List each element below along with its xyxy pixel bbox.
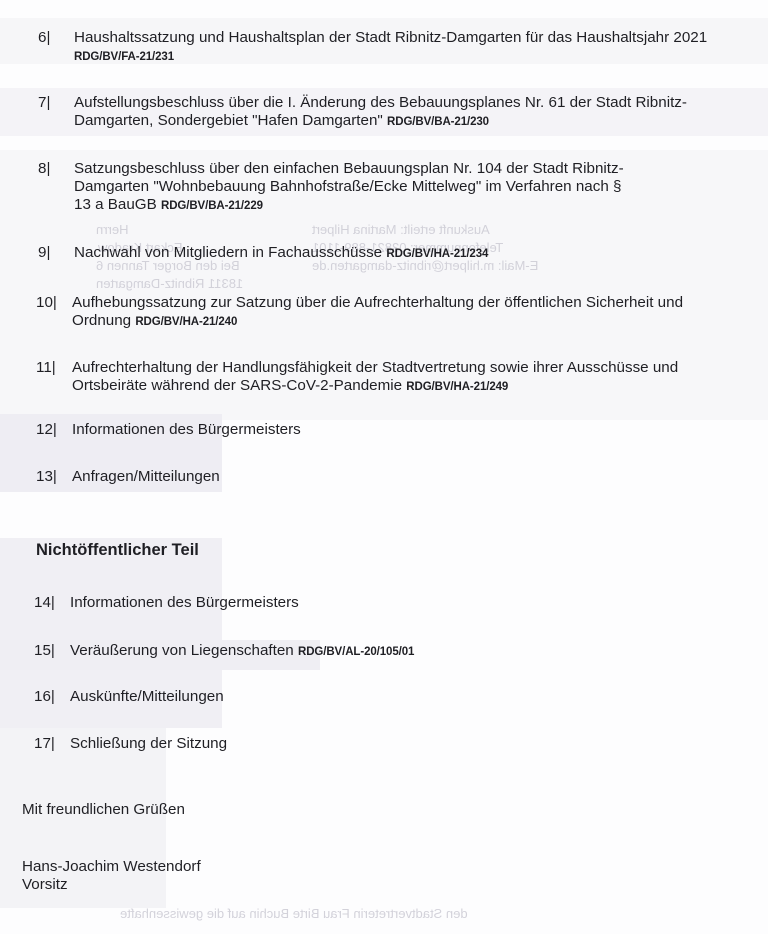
agenda-item-number: 15| <box>34 642 70 661</box>
agenda-item-16: 16| Auskünfte/Mitteilungen <box>34 688 734 706</box>
agenda-item-number: 13| <box>36 468 72 486</box>
agenda-item-text: Nachwahl von Mitgliedern in Fachausschüs… <box>74 244 738 263</box>
agenda-item-text: Informationen des Bürgermeisters <box>70 594 734 612</box>
agenda-item-number: 12| <box>36 421 72 439</box>
agenda-item-13: 13| Anfragen/Mitteilungen <box>36 468 736 486</box>
agenda-item-text: Anfragen/Mitteilungen <box>72 468 736 486</box>
agenda-item-ref: RDG/BV/AL-20/105/01 <box>298 646 414 658</box>
agenda-item-number: 11| <box>36 359 72 396</box>
show-through-text: den Stadtvertreterin Frau Birte Buchin a… <box>120 906 468 921</box>
closing-greeting: Mit freundlichen Grüßen <box>22 801 185 819</box>
agenda-item-text: Veräußerung von Liegenschaften RDG/BV/AL… <box>70 642 734 661</box>
agenda-item-number: 9| <box>38 244 74 263</box>
show-through-text: 18311 Ribnitz-Damgarten <box>96 276 243 291</box>
scanned-document-page: Herrn Eckart Kradow Bei den Borger Tanne… <box>0 0 768 934</box>
show-through-text: Herrn <box>96 222 129 237</box>
agenda-item-10: 10| Aufhebungssatzung zur Satzung über d… <box>36 294 736 331</box>
agenda-item-ref: RDG/BV/HA-21/240 <box>135 316 237 328</box>
agenda-item-ref: RDG/BV/BA-21/230 <box>387 116 489 128</box>
show-through-text: Auskunft erteilt: Martina Hilpert <box>312 222 490 237</box>
agenda-item-number: 10| <box>36 294 72 331</box>
agenda-item-ref: RDG/BV/BA-21/229 <box>161 200 263 212</box>
agenda-item-text: Satzungsbeschluss über den einfachen Beb… <box>74 160 634 215</box>
agenda-item-8: 8| Satzungsbeschluss über den einfachen … <box>38 160 738 215</box>
signer-name: Hans-Joachim Westendorf <box>22 858 201 876</box>
agenda-item-17: 17| Schließung der Sitzung <box>34 735 734 753</box>
agenda-item-11: 11| Aufrechterhaltung der Handlungsfähig… <box>36 359 736 396</box>
agenda-item-9: 9| Nachwahl von Mitgliedern in Fachaussc… <box>38 244 738 263</box>
agenda-item-number: 14| <box>34 594 70 612</box>
agenda-item-ref: RDG/BV/FA-21/231 <box>74 51 174 63</box>
agenda-item-text: Aufstellungsbeschluss über die I. Änderu… <box>74 94 724 131</box>
agenda-item-number: 7| <box>38 94 74 131</box>
agenda-item-text: Schließung der Sitzung <box>70 735 734 753</box>
agenda-item-number: 6| <box>38 29 74 66</box>
agenda-item-text: Haushaltssatzung und Haushaltsplan der S… <box>74 29 738 66</box>
signer-role: Vorsitz <box>22 876 68 894</box>
agenda-item-6: 6| Haushaltssatzung und Haushaltsplan de… <box>38 29 738 66</box>
agenda-item-ref: RDG/BV/HA-21/249 <box>406 381 508 393</box>
agenda-item-12: 12| Informationen des Bürgermeisters <box>36 421 736 439</box>
agenda-item-text: Informationen des Bürgermeisters <box>72 421 736 439</box>
agenda-item-number: 17| <box>34 735 70 753</box>
agenda-item-number: 16| <box>34 688 70 706</box>
agenda-item-text: Aufhebungssatzung zur Satzung über die A… <box>72 294 732 331</box>
agenda-item-15: 15| Veräußerung von Liegenschaften RDG/B… <box>34 642 734 661</box>
agenda-item-text: Aufrechterhaltung der Handlungsfähigkeit… <box>72 359 722 396</box>
agenda-item-7: 7| Aufstellungsbeschluss über die I. Änd… <box>38 94 738 131</box>
agenda-item-ref: RDG/BV/HA-21/234 <box>386 248 488 260</box>
agenda-item-number: 8| <box>38 160 74 215</box>
agenda-item-14: 14| Informationen des Bürgermeisters <box>34 594 734 612</box>
agenda-item-text: Auskünfte/Mitteilungen <box>70 688 734 706</box>
section-title-nonpublic: Nichtöffentlicher Teil <box>36 541 199 560</box>
